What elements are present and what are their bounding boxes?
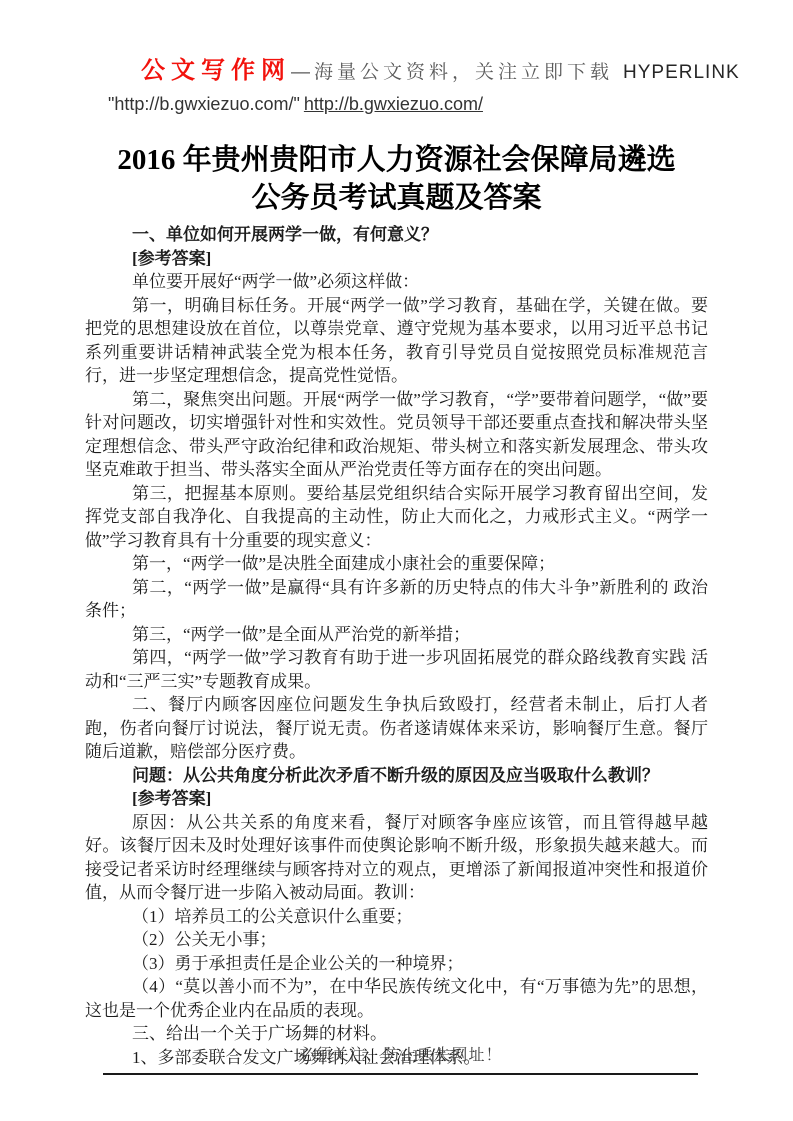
site-header: 公文写作网—海量公文资料，关注立即下载HYPERLINK "http://b.g…	[85, 50, 708, 115]
page-title-line1: 2016 年贵州贵阳市人力资源社会保障局遴选	[85, 141, 708, 179]
site-url-link[interactable]: http://b.gwxiezuo.com/	[304, 94, 483, 114]
document-page: 公文写作网—海量公文资料，关注立即下载HYPERLINK "http://b.g…	[0, 0, 793, 1121]
paragraph: 单位要开展好“两学一做”必须这样做：	[85, 270, 708, 294]
paragraph: 第三，“两学一做”是全面从严治党的新举措；	[85, 623, 708, 647]
paragraph: 一、单位如何开展两学一做，有何意义？	[85, 223, 708, 247]
page-footer: 必须关注，防止丢失网址！	[103, 1042, 698, 1075]
paragraph: [参考答案]	[85, 787, 708, 811]
paragraph: （3）勇于承担责任是企业公关的一种境界；	[85, 952, 708, 976]
site-brand: 公文写作网	[141, 50, 291, 85]
paragraph: 第二，聚焦突出问题。开展“两学一做”学习教育，“学”要带着问题学，“做”要针对问…	[85, 388, 708, 482]
document-body: 一、单位如何开展两学一做，有何意义？[参考答案]单位要开展好“两学一做”必须这样…	[85, 223, 708, 1069]
site-url-quoted: "http://b.gwxiezuo.com/"	[108, 94, 300, 114]
paragraph: 问题：从公共角度分析此次矛盾不断升级的原因及应当吸取什么教训？	[85, 764, 708, 788]
paragraph: 第四，“两学一做”学习教育有助于进一步巩固拓展党的群众路线教育实践 活动和“三严…	[85, 646, 708, 693]
paragraph: （4）“莫以善小而不为”，在中华民族传统文化中，有“万事德为先”的思想，这也是一…	[85, 975, 708, 1022]
paragraph: 第二，“两学一做”是赢得“具有许多新的历史特点的伟大斗争”新胜利的 政治条件；	[85, 576, 708, 623]
paragraph: 第一，明确目标任务。开展“两学一做”学习教育，基础在学，关键在做。要把党的思想建…	[85, 294, 708, 388]
footer-note: 必须关注，防止丢失网址！	[103, 1042, 698, 1065]
paragraph: 二、餐厅内顾客因座位问题发生争执后致殴打，经营者未制止，后打人者跑，伤者向餐厅讨…	[85, 693, 708, 764]
paragraph: 第三，把握基本原则。要给基层党组织结合实际开展学习教育留出空间，发 挥党支部自我…	[85, 482, 708, 553]
paragraph: [参考答案]	[85, 247, 708, 271]
site-tagline: —海量公文资料，关注立即下载	[291, 57, 613, 84]
paragraph: 原因：从公共关系的角度来看，餐厅对顾客争座应该管，而且管得越早越好。该餐厅因未及…	[85, 811, 708, 905]
paragraph: （1）培养员工的公关意识什么重要；	[85, 905, 708, 929]
paragraph: （2）公关无小事；	[85, 928, 708, 952]
site-header-line1: 公文写作网—海量公文资料，关注立即下载HYPERLINK	[141, 50, 708, 85]
footer-rule	[103, 1073, 698, 1075]
paragraph: 第一，“两学一做”是决胜全面建成小康社会的重要保障；	[85, 552, 708, 576]
page-title: 2016 年贵州贵阳市人力资源社会保障局遴选 公务员考试真题及答案	[85, 141, 708, 217]
page-title-line2: 公务员考试真题及答案	[85, 179, 708, 217]
site-header-line2: "http://b.gwxiezuo.com/"http://b.gwxiezu…	[108, 94, 708, 115]
hyperlink-field-label: HYPERLINK	[623, 62, 740, 84]
